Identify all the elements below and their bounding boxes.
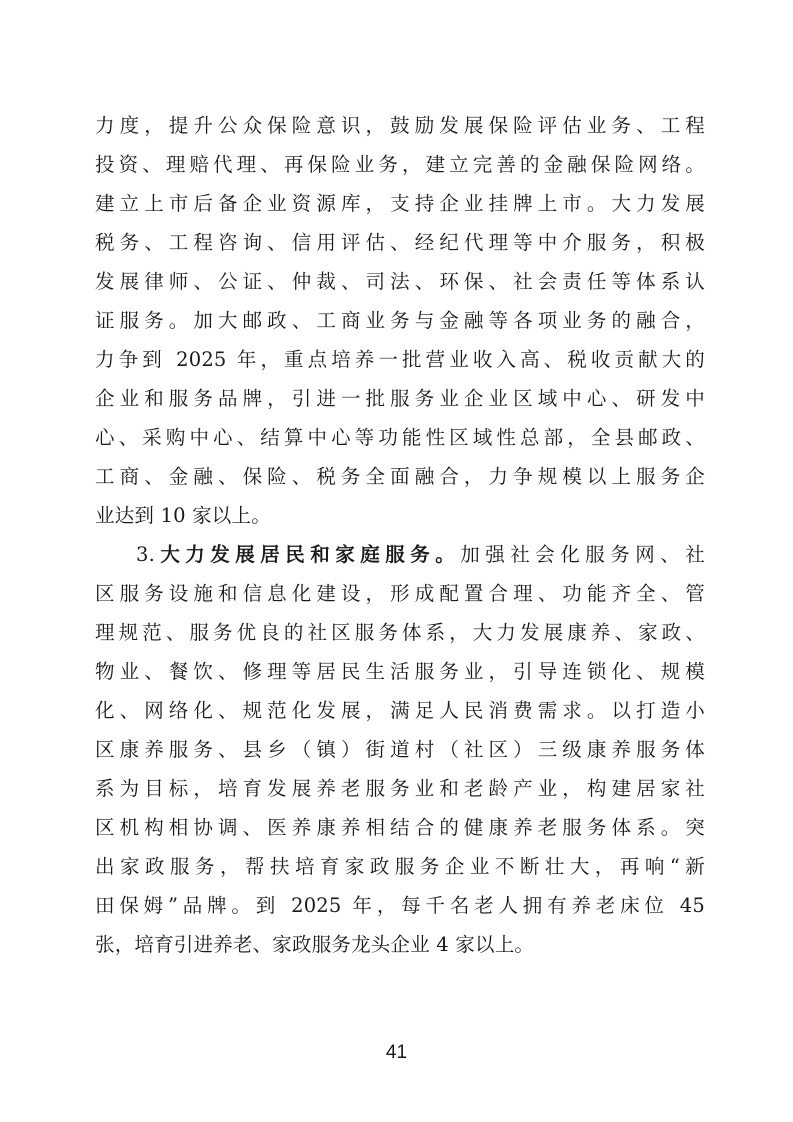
paragraph-financial-services: 力度，提升公众保险意识，鼓励发展保险评估业务、工程 投资、理赔代理、再保险业务，… [95, 106, 705, 535]
text-line: 物业、餐饮、修理等居民生活服务业，引导连锁化、规模 [95, 652, 705, 691]
text-line: 心、采购中心、结算中心等功能性区域性总部，全县邮政、 [95, 418, 705, 457]
text-line: 区康养服务、县乡（镇）街道村（社区）三级康养服务体 [95, 730, 705, 769]
document-body: 力度，提升公众保险意识，鼓励发展保险评估业务、工程 投资、理赔代理、再保险业务，… [95, 106, 705, 964]
text-line: 区机构相协调、医养康养相结合的健康养老服务体系。突 [95, 808, 705, 847]
text-line: 业达到 10 家以上。 [95, 496, 705, 535]
text-line: 田保姆”品牌。到 2025 年，每千名老人拥有养老床位 45 [95, 886, 705, 925]
text-line: 建立上市后备企业资源库，支持企业挂牌上市。大力发展 [95, 184, 705, 223]
text-line: 工商、金融、保险、税务全面融合，力争规模以上服务企 [95, 457, 705, 496]
text-line: 投资、理赔代理、再保险业务，建立完善的金融保险网络。 [95, 145, 705, 184]
text-line: 系为目标，培育发展养老服务业和老龄产业，构建居家社 [95, 769, 705, 808]
text-line: 出家政服务，帮扶培育家政服务企业不断壮大，再响“新 [95, 847, 705, 886]
paragraph-section-3-resident-family-services: 3.大力发展居民和家庭服务。加强社会化服务网、社 区服务设施和信息化建设，形成配… [95, 535, 705, 964]
text-line: 化、网络化、规范化发展，满足人民消费需求。以打造小 [95, 691, 705, 730]
text-line: 理规范、服务优良的社区服务体系，大力发展康养、家政、 [95, 613, 705, 652]
text-line: 证服务。加大邮政、工商业务与金融等各项业务的融合， [95, 301, 705, 340]
section-number: 3. [136, 543, 155, 566]
text-line: 企业和服务品牌，引进一批服务业企业区域中心、研发中 [95, 379, 705, 418]
text-line: 力争到 2025 年，重点培养一批营业收入高、税收贡献大的 [95, 340, 705, 379]
text-line: 发展律师、公证、仲裁、司法、环保、社会责任等体系认 [95, 262, 705, 301]
page-number: 41 [0, 1042, 793, 1064]
section-heading: 大力发展居民和家庭服务。 [155, 543, 460, 566]
text-line: 税务、工程咨询、信用评估、经纪代理等中介服务，积极 [95, 223, 705, 262]
text-line: 张，培育引进养老、家政服务龙头企业 4 家以上。 [95, 925, 705, 964]
text-line: 力度，提升公众保险意识，鼓励发展保险评估业务、工程 [95, 106, 705, 145]
section-heading-line: 3.大力发展居民和家庭服务。加强社会化服务网、社 [95, 535, 705, 574]
text-line: 区服务设施和信息化建设，形成配置合理、功能齐全、管 [95, 574, 705, 613]
section-heading-rest: 加强社会化服务网、社 [460, 543, 705, 566]
